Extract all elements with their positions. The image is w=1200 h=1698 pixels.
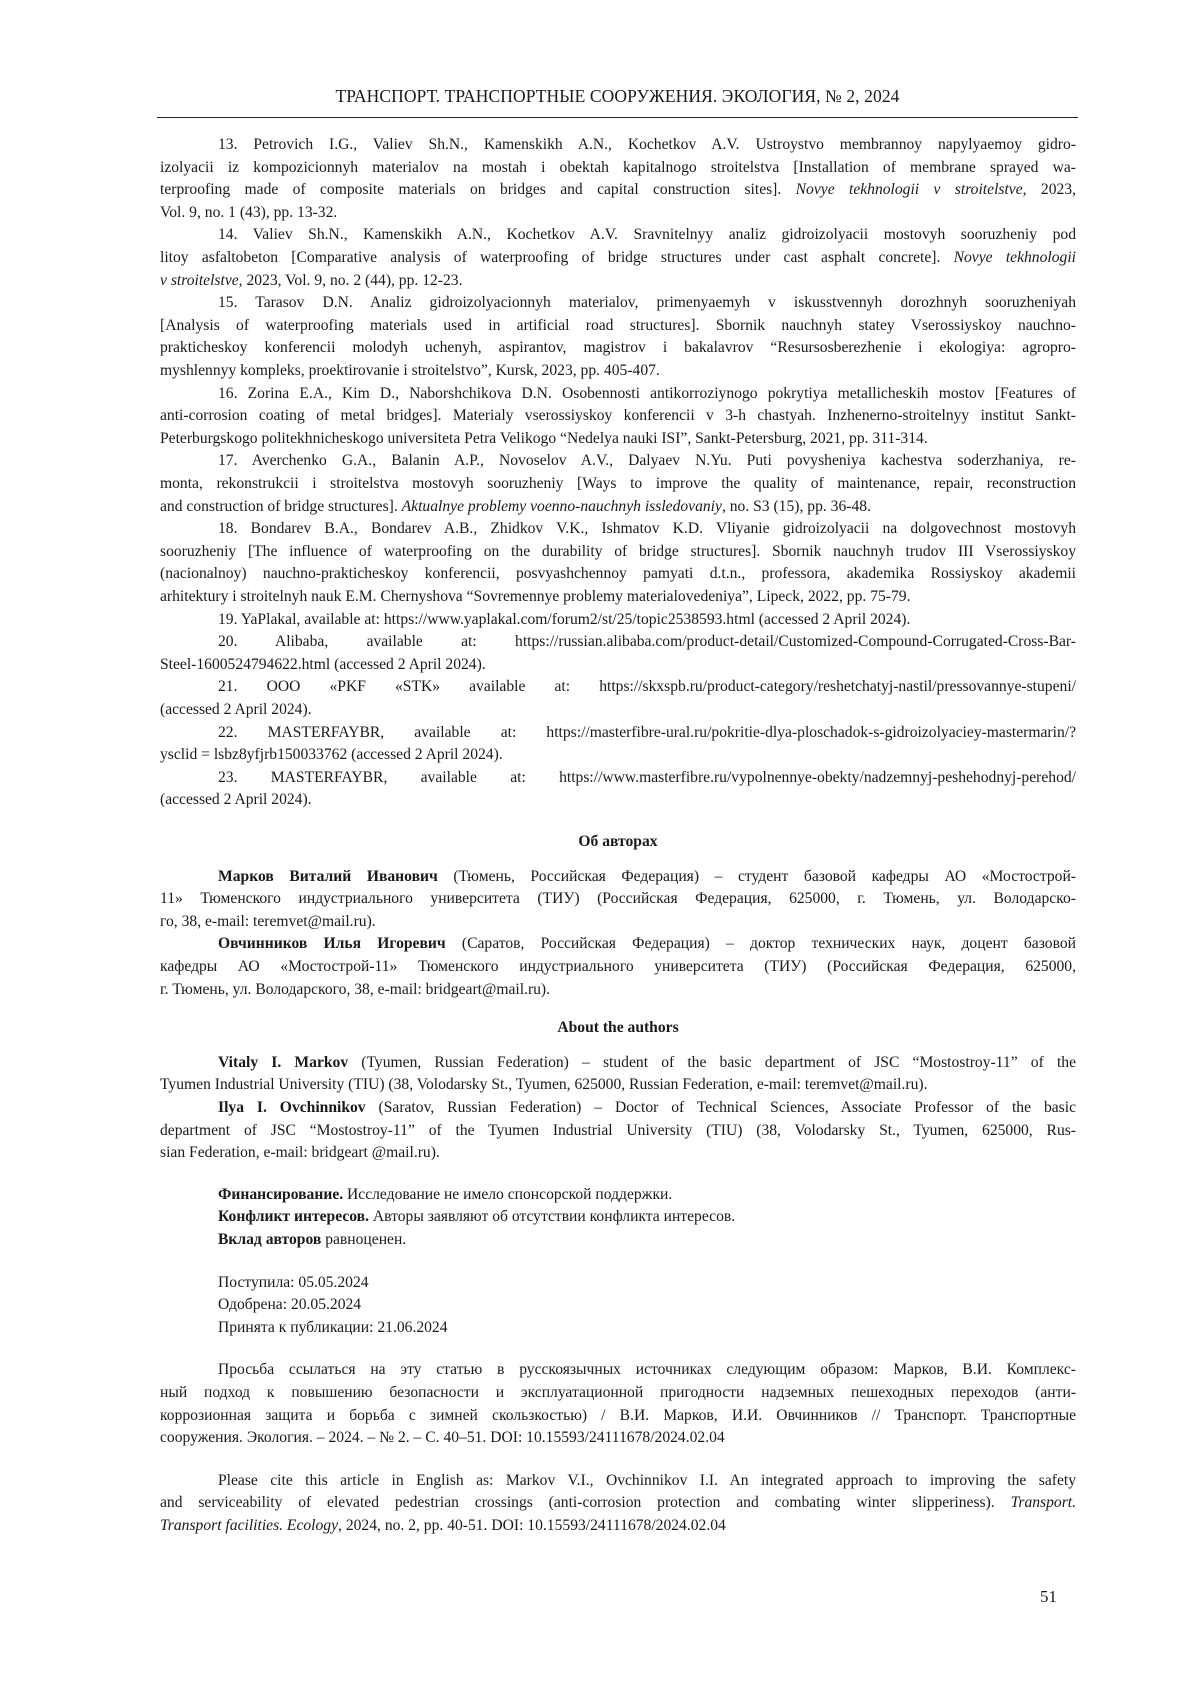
text-run: Поступила: 05.05.2024 [218,1274,369,1291]
text-run: sian Federation, e-mail: bridgeart @mail… [160,1144,440,1161]
author-bio-ru: кафедры АО «Мостострой-11» Тюменского ин… [160,956,1076,978]
text-run: Ilya I. Ovchinnikov [218,1099,366,1116]
text-run: , 2023, [1023,181,1076,198]
text-run: Вклад авторов [218,1231,321,1248]
text-run: го, 38, e-mail: teremvet@mail.ru). [160,913,376,930]
publication-date-line: Принята к публикации: 21.06.2024 [218,1317,1076,1339]
text-run: (nacionalnoy) nauchno-prakticheskoy konf… [160,565,1076,582]
reference-item: 17. Averchenko G.A., Balanin A.P., Novos… [218,450,1076,472]
text-run: Peterburgskogo politekhnicheskogo univer… [160,430,928,447]
author-bio-ru: го, 38, e-mail: teremvet@mail.ru). [160,911,1076,933]
text-run: Марков Виталий Иванович [218,868,438,885]
text-run: Конфликт интересов. [218,1208,369,1225]
reference-item: 18. Bondarev B.A., Bondarev A.B., Zhidko… [218,518,1076,540]
reference-item: Peterburgskogo politekhnicheskogo univer… [160,428,1076,450]
author-bio-en: department of JSC “Mostostroy-11” of the… [160,1120,1076,1142]
running-header: ТРАНСПОРТ. ТРАНСПОРТНЫЕ СООРУЖЕНИЯ. ЭКОЛ… [157,86,1078,107]
citation-ru: сооружения. Экология. – 2024. – № 2. – С… [160,1427,1076,1449]
reference-item: izolyacii iz kompozicionnyh materialov n… [160,157,1076,179]
reference-item: monta, rekonstrukcii i stroitelstva most… [160,473,1076,495]
text-run: sooruzheniy [The influence of waterproof… [160,543,1076,560]
text-run: [Analysis of waterproofing materials use… [160,317,1076,334]
text-run: terproofing made of composite materials … [160,181,796,198]
reference-item: litoy asfaltobeton [Comparative analysis… [160,247,1076,269]
reference-item: 15. Tarasov D.N. Analiz gidroizolyacionn… [218,292,1076,314]
declaration-line: Конфликт интересов. Авторы заявляют об о… [218,1206,1076,1228]
text-run: , no. S3 (15), pp. 36-48. [722,498,871,515]
reference-item: 19. YaPlakal, available at: https://www.… [218,609,1076,631]
text-run: Please cite this article in English as: … [218,1472,1076,1489]
text-run: Одобрена: 20.05.2024 [218,1296,361,1313]
text-run: Steel-1600524794622.html (accessed 2 Apr… [160,656,486,673]
citation-ru: коррозионная защита и борьба с зимней ск… [160,1405,1076,1427]
text-run: Принята к публикации: 21.06.2024 [218,1319,448,1336]
author-bio-en: sian Federation, e-mail: bridgeart @mail… [160,1142,1076,1164]
author-bio-ru: г. Тюмень, ул. Володарского, 38, e-mail:… [160,979,1076,1001]
text-run: 19. YaPlakal, available at: https://www.… [218,611,910,628]
author-bio-ru: Марков Виталий Иванович (Тюмень, Российс… [218,866,1076,888]
text-run: (Тюмень, Российская Федерация) – студент… [438,868,1076,885]
text-run: Авторы заявляют об отсутствии конфликта … [369,1208,735,1225]
text-run: кафедры АО «Мостострой-11» Тюменского ин… [160,958,1076,975]
text-run: (Saratov, Russian Federation) – Doctor o… [366,1099,1076,1116]
text-run: , 2024, no. 2, pp. 40-51. DOI: 10.15593/… [338,1517,726,1534]
header-divider [157,117,1078,118]
text-run: Просьба ссылаться на эту статью в русско… [218,1361,1076,1378]
author-bio-en: Tyumen Industrial University (TIU) (38, … [160,1074,1076,1096]
text-run: arhitektury i stroitelnyh nauk E.M. Cher… [160,588,910,605]
reference-item: 22. MASTERFAYBR, available at: https://m… [218,722,1076,744]
text-run: Овчинников Илья Игоревич [218,935,446,952]
text-run: Novye tekhnologii v stroitelstve [796,181,1023,198]
text-run: 13. Petrovich I.G., Valiev Sh.N., Kamens… [218,136,1076,153]
text-run: anti-corrosion coating of metal bridges]… [160,407,1076,424]
reference-item: 21. OOO «PKF «STK» available at: https:/… [218,676,1076,698]
text-run: ный подход к повышению безопасности и эк… [160,1384,1076,1401]
text-run: myshlennyy kompleks, proektirovanie i st… [160,362,660,379]
text-run: ysclid = lsbz8yfjrb150033762 (accessed 2… [160,746,503,763]
text-run: , 2023, Vol. 9, no. 2 (44), pp. 12-23. [239,272,463,289]
text-run: коррозионная защита и борьба с зимней ск… [160,1407,1076,1424]
text-run: 11» Тюменского индустриального университ… [160,890,1076,907]
reference-item: v stroitelstve, 2023, Vol. 9, no. 2 (44)… [160,270,1076,292]
text-run: 20. Alibaba, available at: https://russi… [218,633,1076,650]
citation-ru: ный подход к повышению безопасности и эк… [160,1382,1076,1404]
text-run: (accessed 2 April 2024). [160,791,312,808]
citation-en: Please cite this article in English as: … [218,1470,1076,1492]
text-run: Transport facilities. Ecology [160,1517,338,1534]
text-run: and construction of bridge structures]. [160,498,402,515]
reference-item: 23. MASTERFAYBR, available at: https://w… [218,767,1076,789]
text-run: and serviceability of elevated pedestria… [160,1494,1011,1511]
text-run: department of JSC “Mostostroy-11” of the… [160,1122,1076,1139]
about-authors-ru-heading: Об авторах [160,831,1076,853]
publication-date-line: Поступила: 05.05.2024 [218,1272,1076,1294]
text-run: 22. MASTERFAYBR, available at: https://m… [218,724,1076,741]
text-run: (Саратов, Российская Федерация) – доктор… [446,935,1076,952]
reference-item: (nacionalnoy) nauchno-prakticheskoy konf… [160,563,1076,585]
text-run: 17. Averchenko G.A., Balanin A.P., Novos… [218,452,1076,469]
text-run: 14. Valiev Sh.N., Kamenskikh A.N., Koche… [218,226,1076,243]
reference-item: (accessed 2 April 2024). [160,699,1076,721]
page-number: 51 [1040,1587,1057,1607]
reference-item: 13. Petrovich I.G., Valiev Sh.N., Kamens… [218,134,1076,156]
reference-item: ysclid = lsbz8yfjrb150033762 (accessed 2… [160,744,1076,766]
text-run: v stroitelstve [160,272,239,289]
text-run: Aktualnye problemy voenno-nauchnyh issle… [402,498,722,515]
text-run: г. Тюмень, ул. Володарского, 38, e-mail:… [160,981,550,998]
declaration-line: Вклад авторов равноценен. [218,1229,1076,1251]
text-run: Transport. [1011,1494,1076,1511]
reference-item: 20. Alibaba, available at: https://russi… [218,631,1076,653]
declaration-line: Финансирование. Исследование не имело сп… [218,1184,1076,1206]
text-run: 16. Zorina E.A., Kim D., Naborshchikova … [218,385,1076,402]
reference-item: arhitektury i stroitelnyh nauk E.M. Cher… [160,586,1076,608]
text-run: Tyumen Industrial University (TIU) (38, … [160,1076,927,1093]
author-bio-ru: 11» Тюменского индустриального университ… [160,888,1076,910]
text-run: 15. Tarasov D.N. Analiz gidroizolyacionn… [218,294,1076,311]
citation-en: Transport facilities. Ecology, 2024, no.… [160,1515,1076,1537]
about-authors-en-heading: About the authors [160,1017,1076,1039]
reference-item: Steel-1600524794622.html (accessed 2 Apr… [160,654,1076,676]
citation-en: and serviceability of elevated pedestria… [160,1492,1076,1514]
citation-ru: Просьба ссылаться на эту статью в русско… [218,1359,1076,1381]
text-run: 23. MASTERFAYBR, available at: https://w… [218,769,1076,786]
text-run: Финансирование. [218,1186,343,1203]
author-bio-ru: Овчинников Илья Игоревич (Саратов, Росси… [218,933,1076,955]
text-run: (accessed 2 April 2024). [160,701,312,718]
text-run: Исследование не имело спонсорской поддер… [343,1186,672,1203]
text-run: prakticheskoy konferencii molodyh ucheny… [160,339,1076,356]
author-bio-en: Ilya I. Ovchinnikov (Saratov, Russian Fe… [218,1097,1076,1119]
text-run: Novye tekhnologii [954,249,1076,266]
text-run: Vol. 9, no. 1 (43), pp. 13-32. [160,204,337,221]
text-run: сооружения. Экология. – 2024. – № 2. – С… [160,1429,725,1446]
reference-item: prakticheskoy konferencii molodyh ucheny… [160,337,1076,359]
reference-item: anti-corrosion coating of metal bridges]… [160,405,1076,427]
reference-item: (accessed 2 April 2024). [160,789,1076,811]
reference-item: sooruzheniy [The influence of waterproof… [160,541,1076,563]
author-bio-en: Vitaly I. Markov (Tyumen, Russian Federa… [218,1052,1076,1074]
text-run: (Tyumen, Russian Federation) – student o… [348,1054,1076,1071]
reference-item: Vol. 9, no. 1 (43), pp. 13-32. [160,202,1076,224]
reference-item: 14. Valiev Sh.N., Kamenskikh A.N., Koche… [218,224,1076,246]
reference-item: and construction of bridge structures]. … [160,496,1076,518]
text-run: monta, rekonstrukcii i stroitelstva most… [160,475,1076,492]
text-run: равноценен. [321,1231,406,1248]
publication-date-line: Одобрена: 20.05.2024 [218,1294,1076,1316]
text-run: 18. Bondarev B.A., Bondarev A.B., Zhidko… [218,520,1076,537]
reference-item: terproofing made of composite materials … [160,179,1076,201]
reference-item: 16. Zorina E.A., Kim D., Naborshchikova … [218,383,1076,405]
text-run: Vitaly I. Markov [218,1054,348,1071]
text-run: litoy asfaltobeton [Comparative analysis… [160,249,954,266]
text-run: izolyacii iz kompozicionnyh materialov n… [160,159,1076,176]
reference-item: myshlennyy kompleks, proektirovanie i st… [160,360,1076,382]
text-run: 21. OOO «PKF «STK» available at: https:/… [218,678,1076,695]
reference-item: [Analysis of waterproofing materials use… [160,315,1076,337]
